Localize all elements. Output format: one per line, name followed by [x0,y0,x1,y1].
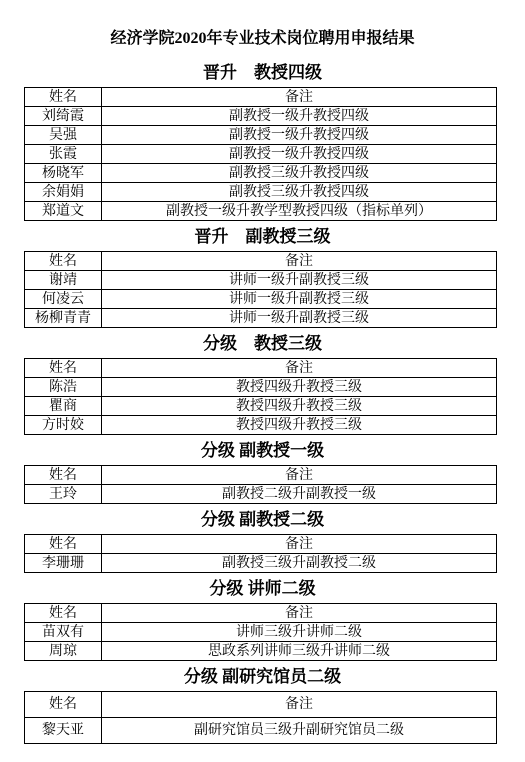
name-cell: 刘绮霞 [25,107,102,126]
column-header-remark: 备注 [102,535,497,554]
remark-cell: 副教授三级升教授四级 [102,164,497,183]
table-section: 分级 教授三级 姓名 备注 陈浩 教授四级升教授三级 瞿商 教授四级升教授三级 … [0,335,525,435]
data-table: 姓名 备注 谢靖 讲师一级升副教授三级 何凌云 讲师一级升副教授三级 杨柳青青 … [24,251,497,328]
data-table: 姓名 备注 苗双有 讲师三级升讲师二级 周琼 思政系列讲师三级升讲师二级 [24,603,497,661]
table-row: 刘绮霞 副教授一级升教授四级 [25,107,497,126]
section-heading: 分级 副研究馆员二级 [0,668,525,686]
table-body: 陈浩 教授四级升教授三级 瞿商 教授四级升教授三级 方时姣 教授四级升教授三级 [25,378,497,435]
table-section: 晋升 副教授三级 姓名 备注 谢靖 讲师一级升副教授三级 何凌云 讲师一级升副教… [0,228,525,328]
name-cell: 谢靖 [25,271,102,290]
name-cell: 王玲 [25,485,102,504]
name-cell: 李珊珊 [25,554,102,573]
table-body: 刘绮霞 副教授一级升教授四级 吴强 副教授一级升教授四级 张霞 副教授一级升教授… [25,107,497,221]
section-heading: 晋升 副教授三级 [0,228,525,246]
name-cell: 苗双有 [25,623,102,642]
section-heading: 分级 讲师二级 [0,580,525,598]
name-cell: 杨柳青青 [25,309,102,328]
remark-cell: 讲师一级升副教授三级 [102,271,497,290]
table-header-row: 姓名 备注 [25,466,497,485]
table-row: 苗双有 讲师三级升讲师二级 [25,623,497,642]
page-title: 经济学院2020年专业技术岗位聘用申报结果 [0,30,525,48]
data-table: 姓名 备注 李珊珊 副教授三级升副教授二级 [24,534,497,573]
table-row: 李珊珊 副教授三级升副教授二级 [25,554,497,573]
section-heading: 晋升 教授四级 [0,64,525,82]
table-header-row: 姓名 备注 [25,252,497,271]
column-header-name: 姓名 [25,535,102,554]
table-row: 王玲 副教授二级升副教授一级 [25,485,497,504]
name-cell: 郑道文 [25,202,102,221]
remark-cell: 教授四级升教授三级 [102,378,497,397]
table-row: 黎天亚 副研究馆员三级升副研究馆员二级 [25,718,497,744]
column-header-name: 姓名 [25,604,102,623]
section-heading: 分级 副教授二级 [0,511,525,529]
table-section: 分级 副教授二级 姓名 备注 李珊珊 副教授三级升副教授二级 [0,511,525,573]
table-header-row: 姓名 备注 [25,359,497,378]
remark-cell: 副教授一级升教授四级 [102,107,497,126]
column-header-name: 姓名 [25,466,102,485]
table-body: 王玲 副教授二级升副教授一级 [25,485,497,504]
name-cell: 陈浩 [25,378,102,397]
remark-cell: 教授四级升教授三级 [102,397,497,416]
remark-cell: 讲师一级升副教授三级 [102,309,497,328]
name-cell: 方时姣 [25,416,102,435]
table-row: 杨柳青青 讲师一级升副教授三级 [25,309,497,328]
table-section: 分级 副研究馆员二级 姓名 备注 黎天亚 副研究馆员三级升副研究馆员二级 [0,668,525,744]
remark-cell: 副教授一级升教授四级 [102,145,497,164]
section-heading: 分级 副教授一级 [0,442,525,460]
table-header-row: 姓名 备注 [25,604,497,623]
column-header-remark: 备注 [102,252,497,271]
name-cell: 黎天亚 [25,718,102,744]
table-body: 黎天亚 副研究馆员三级升副研究馆员二级 [25,718,497,744]
name-cell: 周琼 [25,642,102,661]
column-header-remark: 备注 [102,88,497,107]
table-section: 晋升 教授四级 姓名 备注 刘绮霞 副教授一级升教授四级 吴强 副教授一级升教授… [0,64,525,221]
data-table: 姓名 备注 王玲 副教授二级升副教授一级 [24,465,497,504]
document-page: 经济学院2020年专业技术岗位聘用申报结果 晋升 教授四级 姓名 备注 刘绮霞 … [0,0,525,762]
table-row: 何凌云 讲师一级升副教授三级 [25,290,497,309]
table-header-row: 姓名 备注 [25,88,497,107]
table-row: 方时姣 教授四级升教授三级 [25,416,497,435]
remark-cell: 教授四级升教授三级 [102,416,497,435]
table-row: 张霞 副教授一级升教授四级 [25,145,497,164]
remark-cell: 讲师一级升副教授三级 [102,290,497,309]
table-body: 李珊珊 副教授三级升副教授二级 [25,554,497,573]
remark-cell: 讲师三级升讲师二级 [102,623,497,642]
remark-cell: 副研究馆员三级升副研究馆员二级 [102,718,497,744]
column-header-name: 姓名 [25,88,102,107]
column-header-remark: 备注 [102,466,497,485]
data-table: 姓名 备注 陈浩 教授四级升教授三级 瞿商 教授四级升教授三级 方时姣 教授四级… [24,358,497,435]
name-cell: 瞿商 [25,397,102,416]
table-row: 谢靖 讲师一级升副教授三级 [25,271,497,290]
table-row: 郑道文 副教授一级升教学型教授四级（指标单列） [25,202,497,221]
table-row: 瞿商 教授四级升教授三级 [25,397,497,416]
column-header-remark: 备注 [102,692,497,718]
data-table: 姓名 备注 黎天亚 副研究馆员三级升副研究馆员二级 [24,691,497,744]
column-header-name: 姓名 [25,252,102,271]
section-heading: 分级 教授三级 [0,335,525,353]
remark-cell: 副教授二级升副教授一级 [102,485,497,504]
table-row: 杨晓军 副教授三级升教授四级 [25,164,497,183]
remark-cell: 副教授一级升教学型教授四级（指标单列） [102,202,497,221]
table-body: 苗双有 讲师三级升讲师二级 周琼 思政系列讲师三级升讲师二级 [25,623,497,661]
remark-cell: 副教授三级升教授四级 [102,183,497,202]
table-header-row: 姓名 备注 [25,535,497,554]
table-row: 吴强 副教授一级升教授四级 [25,126,497,145]
name-cell: 何凌云 [25,290,102,309]
table-row: 周琼 思政系列讲师三级升讲师二级 [25,642,497,661]
table-body: 谢靖 讲师一级升副教授三级 何凌云 讲师一级升副教授三级 杨柳青青 讲师一级升副… [25,271,497,328]
sections-container: 晋升 教授四级 姓名 备注 刘绮霞 副教授一级升教授四级 吴强 副教授一级升教授… [0,64,525,744]
remark-cell: 副教授一级升教授四级 [102,126,497,145]
column-header-remark: 备注 [102,359,497,378]
column-header-name: 姓名 [25,692,102,718]
table-row: 陈浩 教授四级升教授三级 [25,378,497,397]
table-row: 余娟娟 副教授三级升教授四级 [25,183,497,202]
remark-cell: 副教授三级升副教授二级 [102,554,497,573]
table-header-row: 姓名 备注 [25,692,497,718]
table-section: 分级 讲师二级 姓名 备注 苗双有 讲师三级升讲师二级 周琼 思政系列讲师三级升… [0,580,525,661]
column-header-name: 姓名 [25,359,102,378]
table-section: 分级 副教授一级 姓名 备注 王玲 副教授二级升副教授一级 [0,442,525,504]
name-cell: 杨晓军 [25,164,102,183]
column-header-remark: 备注 [102,604,497,623]
name-cell: 余娟娟 [25,183,102,202]
name-cell: 吴强 [25,126,102,145]
name-cell: 张霞 [25,145,102,164]
remark-cell: 思政系列讲师三级升讲师二级 [102,642,497,661]
data-table: 姓名 备注 刘绮霞 副教授一级升教授四级 吴强 副教授一级升教授四级 张霞 副教… [24,87,497,221]
